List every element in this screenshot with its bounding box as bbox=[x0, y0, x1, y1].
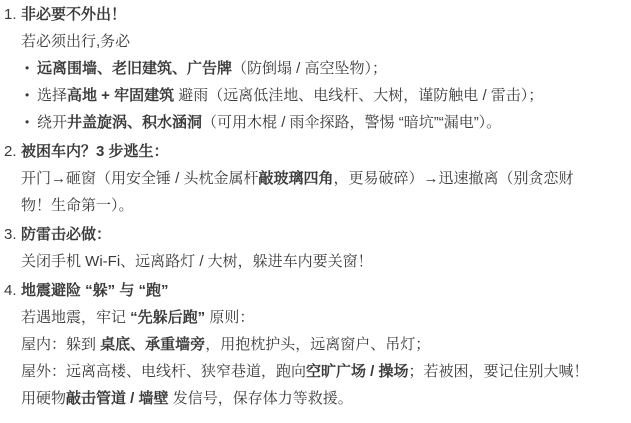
list-number: 3. bbox=[4, 221, 21, 248]
item-4-indoor: 屋内：躲到 桌底、承重墙旁，用抱枕护头，远离窗户、吊灯； bbox=[21, 331, 625, 358]
text-segment: 开门→砸窗（用安全锤 / 头枕金属杆 bbox=[21, 170, 259, 187]
text-segment: 屋外：远离高楼、电线杆、狭窄巷道，跑向 bbox=[21, 363, 306, 380]
item-3-text: 关闭手机 Wi-Fi、远离路灯 / 大树，躲进车内要关窗！ bbox=[21, 248, 625, 275]
text-segment: ，更易破碎）→迅速撤离（别贪恋财 bbox=[334, 170, 574, 187]
text-segment: 敲击管道 / 墙壁 bbox=[66, 390, 169, 407]
item-4-signal: 用硬物敲击管道 / 墙壁 发信号，保存体力等救援。 bbox=[21, 385, 625, 412]
item-1-bullet-1: •远离围墙、老旧建筑、广告牌（防倒塌 / 高空坠物）； bbox=[25, 55, 625, 82]
item-2-heading: 2.被困车内？3 步逃生： bbox=[4, 138, 625, 165]
text-segment: 敲玻璃四角 bbox=[259, 170, 334, 187]
text-segment: 井盖旋涡、积水涵洞 bbox=[67, 114, 202, 131]
item-1-heading: 1.非必要不外出！ bbox=[4, 1, 625, 28]
list-number: 2. bbox=[4, 138, 21, 165]
text-segment: 选择 bbox=[37, 87, 67, 104]
text-segment: ，用抱枕护头，远离窗户、吊灯； bbox=[205, 336, 430, 353]
text-segment: （可用木棍 / 雨伞探路，警惕 “暗坑”“漏电”）。 bbox=[202, 114, 501, 131]
text-segment: 若必须出行,务必 bbox=[21, 33, 130, 50]
list-number: 1. bbox=[4, 1, 21, 28]
text-segment: （防倒塌 / 高空坠物）； bbox=[232, 60, 387, 77]
text-segment: 防雷击必做： bbox=[21, 226, 111, 243]
text-segment: 关闭手机 Wi-Fi、远离路灯 / 大树，躲进车内要关窗！ bbox=[21, 253, 373, 270]
item-4-outdoor: 屋外：远离高楼、电线杆、狭窄巷道，跑向空旷广场 / 操场；若被困，要记住别大喊！ bbox=[21, 358, 625, 385]
bullet-icon: • bbox=[25, 82, 37, 109]
safety-instructions-document: 1.非必要不外出！ 若必须出行,务必 •远离围墙、老旧建筑、广告牌（防倒塌 / … bbox=[0, 0, 631, 412]
text-segment: 非必要不外出！ bbox=[21, 6, 126, 23]
bullet-icon: • bbox=[25, 109, 37, 136]
item-1-intro: 若必须出行,务必 bbox=[21, 28, 625, 55]
item-2-text-line-1: 开门→砸窗（用安全锤 / 头枕金属杆敲玻璃四角，更易破碎）→迅速撤离（别贪恋财 bbox=[21, 165, 625, 192]
item-4-principle: 若遇地震，牢记 “先躲后跑” 原则： bbox=[21, 304, 625, 331]
text-segment: 绕开 bbox=[37, 114, 67, 131]
text-segment: 空旷广场 / 操场 bbox=[306, 363, 409, 380]
text-segment: 物！生命第一）。 bbox=[21, 197, 134, 214]
item-2-text-line-2: 物！生命第一）。 bbox=[21, 192, 625, 219]
item-1-bullet-2: •选择高地 + 牢固建筑 避雨（远离低洼地、电线杆、大树，谨防触电 / 雷击）； bbox=[25, 82, 625, 109]
bullet-icon: • bbox=[25, 55, 37, 82]
text-segment: 远离围墙、老旧建筑、广告牌 bbox=[37, 60, 232, 77]
text-segment: 用硬物 bbox=[21, 390, 66, 407]
text-segment: ；若被困，要记住别大喊！ bbox=[409, 363, 589, 380]
text-segment: 避雨（远离低洼地、电线杆、大树，谨防触电 / 雷击）； bbox=[174, 87, 543, 104]
text-segment: 屋内：躲到 bbox=[21, 336, 100, 353]
text-segment: “先躲后跑” bbox=[130, 309, 205, 326]
text-segment: 高地 + 牢固建筑 bbox=[67, 87, 174, 104]
item-3-heading: 3.防雷击必做： bbox=[4, 221, 625, 248]
text-segment: 被困车内？3 步逃生： bbox=[21, 143, 169, 160]
text-segment: 发信号，保存体力等救援。 bbox=[169, 390, 353, 407]
item-1-bullet-3: •绕开井盖旋涡、积水涵洞（可用木棍 / 雨伞探路，警惕 “暗坑”“漏电”）。 bbox=[25, 109, 625, 136]
text-segment: 若遇地震，牢记 bbox=[21, 309, 130, 326]
text-segment: 地震避险 “躲” 与 “跑” bbox=[21, 282, 169, 299]
text-segment: 原则： bbox=[205, 309, 254, 326]
text-segment: 桌底、承重墙旁 bbox=[100, 336, 205, 353]
item-4-heading: 4.地震避险 “躲” 与 “跑” bbox=[4, 277, 625, 304]
list-number: 4. bbox=[4, 277, 21, 304]
